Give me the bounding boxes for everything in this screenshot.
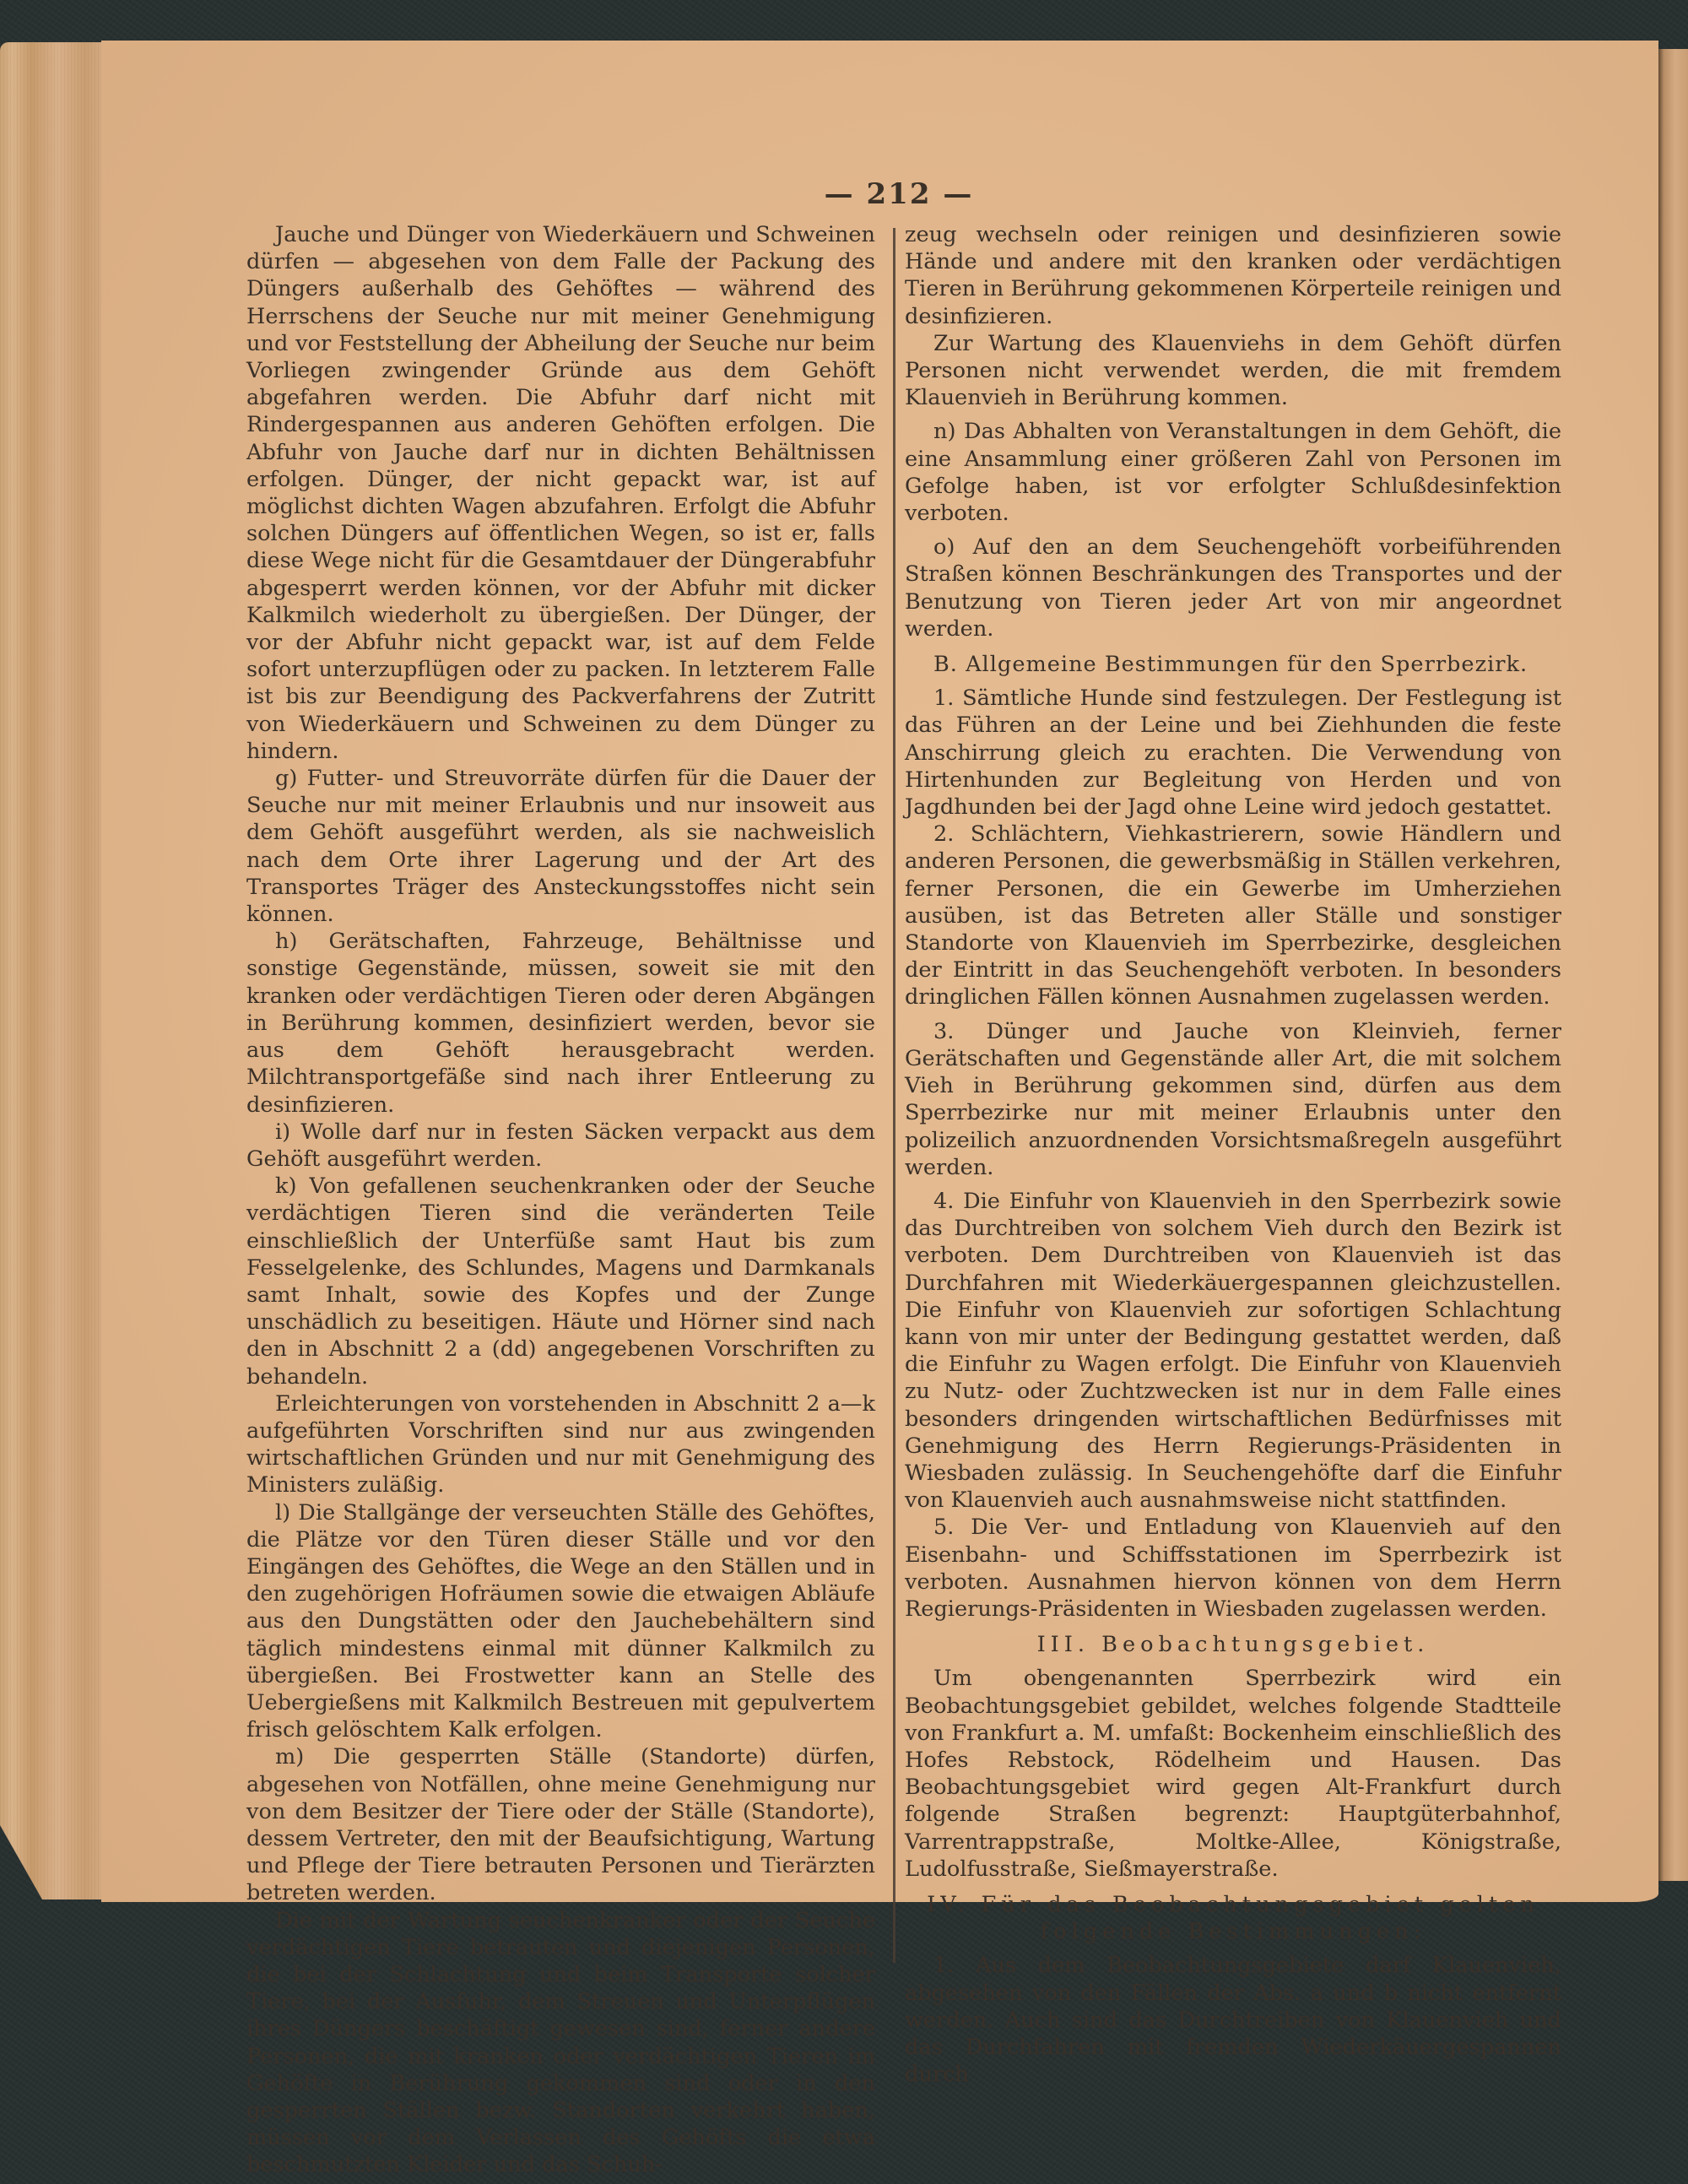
section-heading-iii: III. Beobachtungsgebiet.	[905, 1631, 1561, 1658]
paragraph-b3-kleinvieh: 3. Dünger und Jauche von Kleinvieh, fern…	[905, 1018, 1561, 1181]
right-column: zeug wechseln oder reinigen und desinfiz…	[905, 221, 1561, 2088]
paragraph-i-wolle: i) Wolle darf nur in festen Säcken verpa…	[246, 1119, 875, 1173]
next-page-edge	[1656, 49, 1688, 1881]
section-heading-iv-line2: folgende Bestimmungen:	[905, 1918, 1561, 1945]
paragraph-k-gefallene-tiere: k) Von gefallenen seuchenkranken oder de…	[246, 1173, 875, 1390]
page-stack-edge	[0, 42, 105, 1899]
paragraph-iv1-beobachtungsgebiet: 1. Aus dem Beobachtungsgebiete darf Klau…	[905, 1952, 1561, 2088]
paragraph-b2-schlaechter: 2. Schlächtern, Viehkastrierern, sowie H…	[905, 821, 1561, 1011]
paragraph-wartung-klauenvieh: Zur Wartung des Klauenviehs in dem Gehöf…	[905, 330, 1561, 412]
paragraph-wartung-personen: Die mit der Wartung seuchenkranker oder …	[246, 1907, 875, 2179]
paragraph-n-veranstaltungen: n) Das Abhalten von Veranstaltungen in d…	[905, 418, 1561, 527]
paragraph-jauche-duenger: Jauche und Dünger von Wiederkäuern und S…	[246, 221, 875, 765]
paragraph-o-strassen: o) Auf den an dem Seuchengehöft vorbeifü…	[905, 534, 1561, 642]
paragraph-g-futter: g) Futter- und Streuvorräte dürfen für d…	[246, 765, 875, 928]
paragraph-l-stallgaenge: l) Die Stallgänge der verseuchten Ställe…	[246, 1499, 875, 1744]
left-column: Jauche und Dünger von Wiederkäuern und S…	[246, 221, 875, 2179]
section-heading-iv-line1: IV. Für das Beobachtungsgebiet gelten	[905, 1891, 1561, 1918]
column-divider	[893, 228, 895, 1963]
paragraph-m-gesperrte-staelle: m) Die gesperrten Ställe (Standorte) dür…	[246, 1743, 875, 1906]
paragraph-erleichterungen: Erleichterungen von vorstehenden in Absc…	[246, 1390, 875, 1499]
page-number: — 212 —	[814, 177, 983, 211]
paragraph-h-geraetschaften: h) Gerätschaften, Fahrzeuge, Behältnisse…	[246, 928, 875, 1118]
paragraph-b4-einfuhr: 4. Die Einfuhr von Klauenvieh in den Spe…	[905, 1188, 1561, 1514]
paragraph-schuhzeug-continuation: zeug wechseln oder reinigen und desinfiz…	[905, 221, 1561, 330]
paragraph-iii-beobachtungsgebiet: Um obengenannten Sperrbezirk wird ein Be…	[905, 1665, 1561, 1883]
section-heading-b: B. Allgemeine Bestimmungen für den Sperr…	[905, 651, 1561, 678]
paragraph-b1-hunde: 1. Sämtliche Hunde sind festzulegen. Der…	[905, 685, 1561, 821]
paragraph-b5-verladung: 5. Die Ver- und Entladung von Klauenvieh…	[905, 1514, 1561, 1623]
